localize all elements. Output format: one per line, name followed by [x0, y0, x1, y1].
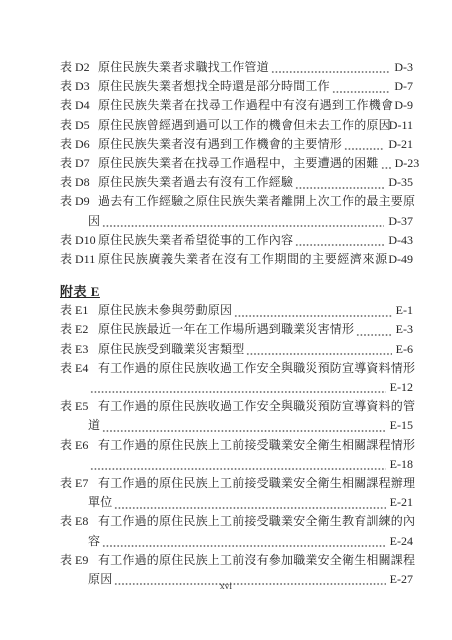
entry-label: 表 D11: [60, 250, 98, 269]
dotted-leader: [102, 532, 385, 551]
entry-label: 表 E4: [60, 359, 98, 378]
toc-entry-line: 表 E8有工作過的原住民族上工前接受職業安全衛生教育訓練的內: [60, 512, 413, 531]
toc-entry-line: 表 E1原住民族未參與勞動原因E-1: [60, 301, 413, 320]
dotted-leader: [234, 301, 391, 320]
entry-title: 過去有工作經驗之原住民族失業者離開上次工作的最主要原: [98, 192, 413, 211]
entry-label: 表 D8: [60, 173, 98, 192]
toc-entry-line: E-12: [60, 378, 413, 397]
entry-title: 有工作過的原住民族上工前接受職業安全衛生相關課程情形: [98, 436, 413, 455]
toc-entry-line: 表 D3原住民族失業者想找全時還是部分時間工作D-7: [60, 77, 413, 96]
toc-entry-line: 表 D8原住民族失業者過去有沒有工作經驗D-35: [60, 173, 413, 192]
appendix-d-table-list: 表 D2原住民族失業者求職找工作管道D-3表 D3原住民族失業者想找全時還是部分…: [60, 58, 413, 269]
entry-page-ref: D-43: [388, 231, 413, 250]
entry-title: 原住民族失業者過去有沒有工作經驗: [98, 173, 293, 192]
entry-label: 表 D3: [60, 77, 98, 96]
entry-title: 原住民族失業者想找全時還是部分時間工作: [98, 77, 330, 96]
toc-entry-line: 表 E9有工作過的原住民族上工前沒有參加職業安全衛生相關課程: [60, 551, 413, 570]
dotted-leader: [295, 231, 384, 250]
dotted-leader: [332, 77, 391, 96]
entry-title: 原住民族失業者在找尋工作過程中有沒有遇到工作機會: [98, 96, 393, 115]
entry-page-ref: E-12: [390, 378, 413, 397]
entry-page-ref: D-37: [388, 212, 413, 231]
toc-entry-line: 表 D6原住民族失業者沒有遇到工作機會的主要情形D-21: [60, 135, 413, 154]
toc-entry-line: 表 D2原住民族失業者求職找工作管道D-3: [60, 58, 413, 77]
entry-page-ref: D-7: [394, 77, 413, 96]
toc-entry-line: 表 D9過去有工作經驗之原住民族失業者離開上次工作的最主要原: [60, 192, 413, 211]
entry-title: 原住民族失業者沒有遇到工作機會的主要情形: [98, 135, 342, 154]
toc-entry-line: 表 E6有工作過的原住民族上工前接受職業安全衛生相關課程情形: [60, 436, 413, 455]
entry-page-ref: E-18: [390, 455, 413, 474]
entry-label: 表 D6: [60, 135, 98, 154]
entry-title: 原住民族失業者求職找工作管道: [98, 58, 269, 77]
entry-page-ref: E-21: [390, 493, 413, 512]
appendix-e-table-list: 表 E1原住民族未參與勞動原因E-1表 E2原住民族最近一年在工作場所遇到職業災…: [60, 301, 413, 589]
dotted-leader: [90, 455, 386, 474]
entry-title: 有工作過的原住民族收過工作安全與職災預防宣導資料的管: [98, 397, 413, 416]
toc-entry-line: 表 E5有工作過的原住民族收過工作安全與職災預防宣導資料的管: [60, 397, 413, 416]
entry-label: 表 E8: [60, 512, 98, 531]
entry-title: 原住民族未參與勞動原因: [98, 301, 232, 320]
entry-label: 表 E6: [60, 436, 98, 455]
entry-title: 原住民族失業者在找尋工作過程中，主要遭遇的困難: [98, 154, 379, 173]
appendix-e-heading: 附表 E: [60, 282, 413, 301]
entry-page-ref: D-21: [388, 135, 413, 154]
document-page: 表 D2原住民族失業者求職找工作管道D-3表 D3原住民族失業者想找全時還是部分…: [0, 0, 452, 640]
entry-label: 表 D5: [60, 116, 98, 135]
dotted-leader: [344, 135, 384, 154]
dotted-leader: [102, 212, 384, 231]
entry-label: 表 E5: [60, 397, 98, 416]
toc-entry-line: 表 D10原住民族失業者希望從事的工作內容D-43: [60, 231, 413, 250]
entry-page-ref: E-15: [390, 416, 413, 435]
entry-label: 表 D9: [60, 192, 98, 211]
toc-entry-line: 表 D5原住民族曾經遇到過可以工作的機會但未去工作的原因D-11: [60, 116, 413, 135]
entry-title: 單位: [88, 493, 112, 512]
entry-page-ref: D-11: [389, 116, 413, 135]
entry-title: 有工作過的原住民族收過工作安全與職災預防宣導資料情形: [98, 359, 413, 378]
dotted-leader: [102, 416, 385, 435]
entry-title: 道: [88, 416, 100, 435]
dotted-leader: [381, 154, 391, 173]
entry-title: 原住民族廣義失業者在沒有工作期間的主要經濟來源: [98, 250, 387, 269]
entry-title: 原住民族失業者希望從事的工作內容: [98, 231, 293, 250]
entry-label: 表 D7: [60, 154, 98, 173]
entry-page-ref: D-9: [394, 96, 413, 115]
entry-label: 表 E1: [60, 301, 98, 320]
toc-entry-line: 表 D7原住民族失業者在找尋工作過程中，主要遭遇的困難D-23: [60, 154, 413, 173]
dotted-leader: [295, 173, 384, 192]
entry-page-ref: E-1: [396, 301, 413, 320]
entry-title: 容: [88, 532, 100, 551]
toc-entry-line: 道E-15: [60, 416, 413, 435]
entry-title: 因: [88, 212, 100, 231]
toc-entry-line: 因D-37: [60, 212, 413, 231]
entry-page-ref: E-6: [396, 340, 413, 359]
dotted-leader: [271, 58, 391, 77]
toc-entry-line: 表 E7有工作過的原住民族上工前接受職業安全衛生相關課程辦理: [60, 474, 413, 493]
entry-title: 原住民族受到職業災害類型: [98, 340, 244, 359]
entry-title: 有工作過的原住民族上工前接受職業安全衛生相關課程辦理: [98, 474, 413, 493]
entry-page-ref: E-24: [390, 532, 413, 551]
entry-page-ref: D-23: [395, 154, 420, 173]
entry-label: 表 D10: [60, 231, 98, 250]
toc-entry-line: 表 E2原住民族最近一年在工作場所遇到職業災害情形E-3: [60, 320, 413, 339]
entry-title: 原住民族最近一年在工作場所遇到職業災害情形: [98, 320, 354, 339]
page-number: xvi: [0, 582, 452, 592]
entry-title: 有工作過的原住民族上工前接受職業安全衛生教育訓練的內: [98, 512, 413, 531]
dotted-leader: [246, 340, 391, 359]
entry-label: 表 E9: [60, 551, 98, 570]
toc-entry-line: 容E-24: [60, 532, 413, 551]
entry-label: 表 E3: [60, 340, 98, 359]
entry-page-ref: D-49: [388, 250, 413, 269]
toc-entry-line: 表 E3原住民族受到職業災害類型E-6: [60, 340, 413, 359]
entry-page-ref: D-35: [388, 173, 413, 192]
toc-entry-line: E-18: [60, 455, 413, 474]
toc-entry-line: 表 D11原住民族廣義失業者在沒有工作期間的主要經濟來源D-49: [60, 250, 413, 269]
entry-label: 表 D2: [60, 58, 98, 77]
toc-entry-line: 表 D4原住民族失業者在找尋工作過程中有沒有遇到工作機會D-9: [60, 96, 413, 115]
dotted-leader: [356, 320, 391, 339]
entry-title: 有工作過的原住民族上工前沒有參加職業安全衛生相關課程: [98, 551, 413, 570]
entry-title: 原住民族曾經遇到過可以工作的機會但未去工作的原因: [98, 116, 388, 135]
toc-entry-line: 單位E-21: [60, 493, 413, 512]
dotted-leader: [114, 493, 385, 512]
table-of-contents: 表 D2原住民族失業者求職找工作管道D-3表 D3原住民族失業者想找全時還是部分…: [60, 58, 413, 589]
dotted-leader: [90, 378, 386, 397]
entry-page-ref: E-3: [396, 320, 413, 339]
entry-label: 表 E7: [60, 474, 98, 493]
entry-page-ref: D-3: [394, 58, 413, 77]
toc-entry-line: 表 E4有工作過的原住民族收過工作安全與職災預防宣導資料情形: [60, 359, 413, 378]
entry-label: 表 D4: [60, 96, 98, 115]
entry-label: 表 E2: [60, 320, 98, 339]
